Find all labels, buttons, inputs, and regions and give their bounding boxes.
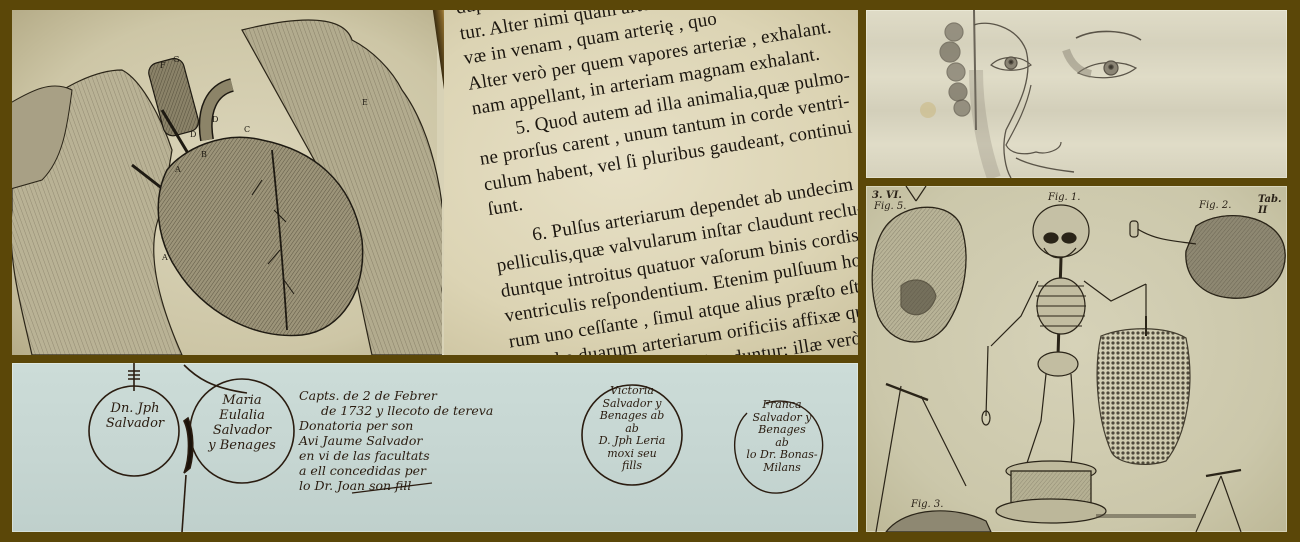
name-line: Milans (734, 462, 830, 475)
face-drawing-panel (866, 10, 1287, 178)
figure-label: Fig. 5. (874, 201, 906, 212)
label-letter: C (244, 125, 250, 134)
circle-franca-label: Franca Salvador y Benages ab lo Dr. Bona… (734, 399, 830, 474)
label-letter: E (362, 98, 368, 107)
label-letter: F (160, 61, 166, 70)
note-line: de 1732 y llecoto de tereva (299, 403, 493, 418)
name-line: D. Jph Leria (584, 435, 680, 448)
note-line: Capts. de 2 de Febrer (299, 388, 493, 403)
name-line: Dn. Jph (95, 401, 175, 416)
label-letter: A (161, 253, 168, 262)
label-letter: G (173, 55, 179, 64)
name-line: Benages ab (584, 410, 680, 423)
label-letter: A (174, 165, 181, 174)
stain (920, 102, 936, 118)
name-line: Eulalia (192, 408, 292, 423)
plate-tab-label: Tab. II (1258, 194, 1287, 216)
name-line: Salvador (95, 416, 175, 431)
heart-lungs-engraving: G F D D B A A C E (12, 10, 442, 355)
circle-center-label: Maria Eulalia Salvador y Benages (192, 393, 292, 453)
figure-label: Fig. 1. (1048, 192, 1080, 203)
name-line: Victoria (584, 385, 680, 398)
latin-text-block: dupl tur. Alter nimi quam arteriæ , q væ… (454, 10, 858, 355)
face-sketch (866, 10, 1287, 178)
fetal-skeleton-engraving (866, 186, 1287, 532)
name-line: Maria (192, 393, 292, 408)
name-line: y Benages (192, 438, 292, 453)
manuscript-notes: Capts. de 2 de Febrer de 1732 y llecoto … (299, 388, 493, 493)
circle-victoria-label: Victoria Salvador y Benages ab ab D. Jph… (584, 385, 680, 473)
note-line: a ell concedidas per (299, 463, 493, 478)
note-line: Donatoria per son (299, 418, 493, 433)
note-line: en vi de las facultats (299, 448, 493, 463)
name-line: fills (584, 460, 680, 473)
note-line: Avi Jaume Salvador (299, 433, 493, 448)
name-line: Salvador (192, 423, 292, 438)
figure-label: Fig. 3. (911, 499, 943, 510)
manuscript-genealogy-panel: Dn. Jph Salvador Maria Eulalia Salvador … (12, 363, 858, 532)
label-letter: B (201, 150, 207, 159)
skeleton-plate-panel: 3. VI. Fig. 5. Fig. 1. Fig. 2. Tab. II F… (866, 186, 1287, 532)
plate-number: 3. VI. (872, 190, 902, 201)
label-letter: D (190, 130, 196, 139)
name-line: Franca (734, 399, 830, 412)
figure-label: Fig. 2. (1199, 200, 1231, 211)
name-line: lo Dr. Bonas- (734, 449, 830, 462)
note-line: lo Dr. Joan son fill (299, 478, 493, 493)
label-letter: D (212, 115, 218, 124)
latin-text-page: dupl tur. Alter nimi quam arteriæ , q væ… (444, 10, 858, 355)
circle-left-label: Dn. Jph Salvador (95, 401, 175, 431)
name-line: Benages (734, 424, 830, 437)
heart-anatomy-panel: G F D D B A A C E dupl tur. Alter nimi q… (12, 10, 858, 355)
